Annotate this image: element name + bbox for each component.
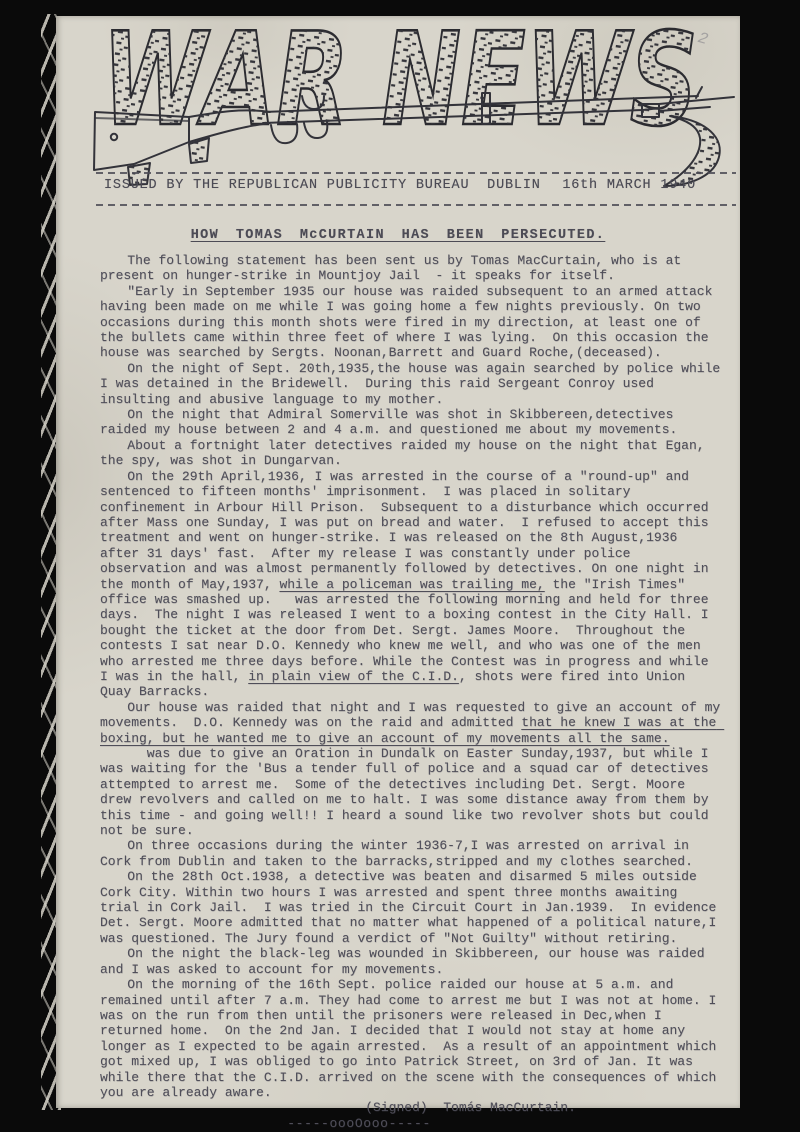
issued-text: ISSUED BY THE REPUBLICAN PUBLICITY BUREA… — [104, 178, 541, 193]
paragraph: On the night that Admiral Somerville was… — [100, 407, 724, 438]
signature-line: (Signed) Tomás MacCurtain. — [100, 1100, 724, 1115]
paragraph: About a fortnight later detectives raide… — [100, 438, 724, 469]
paragraph: was due to give an Oration in Dundalk on… — [100, 746, 724, 838]
paragraph: On three occasions during the winter 193… — [100, 838, 724, 869]
paragraph: The following statement has been sent us… — [100, 253, 724, 284]
dashed-rule-bottom — [96, 204, 736, 206]
headline: HOW TOMAS McCURTAIN HAS BEEN PERSECUTED. — [56, 228, 740, 243]
masthead-title: WAR NEWS — [102, 20, 698, 155]
issue-date: 16th MARCH 1940 — [562, 178, 696, 193]
paragraph: On the morning of the 16th Sept. police … — [100, 977, 724, 1100]
paragraph: On the 29th April,1936, I was arrested i… — [100, 469, 724, 700]
paragraph: On the 28th Oct.1938, a detective was be… — [100, 869, 724, 946]
scan-background: 2 WAR NEWS — [0, 0, 800, 1132]
dashed-rule-top — [96, 172, 736, 174]
paragraph: "Early in September 1935 our house was r… — [100, 284, 724, 361]
issued-line: ISSUED BY THE REPUBLICAN PUBLICITY BUREA… — [104, 178, 740, 193]
paragraph: On the night the black-leg was wounded i… — [100, 946, 724, 977]
article-body: The following statement has been sent us… — [100, 253, 724, 1131]
masthead: WAR NEWS — [58, 20, 738, 188]
paragraph: Our house was raided that night and I wa… — [100, 700, 724, 746]
end-divider: -----oooOooo----- — [100, 1116, 724, 1131]
paragraph: On the night of Sept. 20th,1935,the hous… — [100, 361, 724, 407]
document-page: 2 WAR NEWS — [56, 16, 740, 1108]
